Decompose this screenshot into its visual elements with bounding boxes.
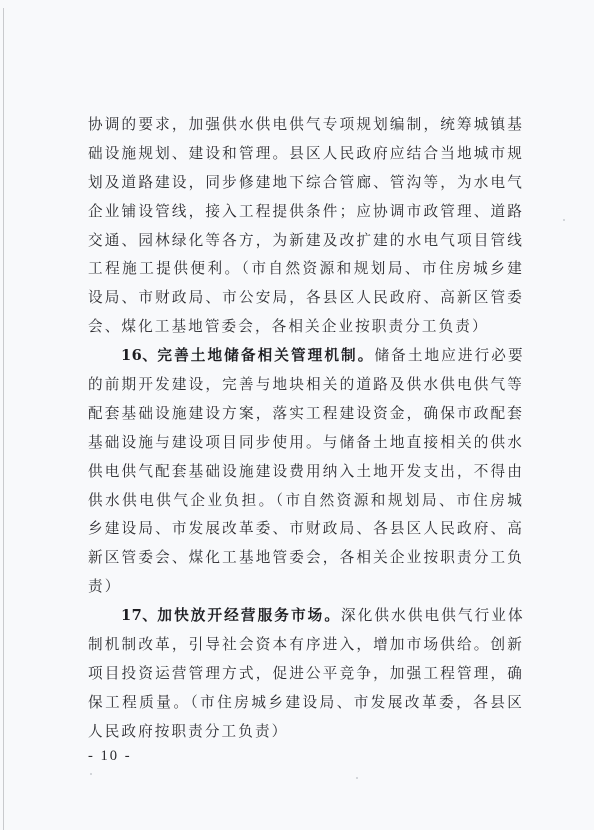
text-line: 供电供气配套基础设施建设费用纳入土地开发支出，不得由 <box>88 458 524 487</box>
section-title: 完善土地储备相关管理机制。 <box>157 347 374 364</box>
paragraph-16: 16、完善土地储备相关管理机制。储备土地应进行必要 的前期开发建设，完善与地块相… <box>88 342 524 602</box>
text-line: 划及道路建设，同步修建地下综合管廊、管沟等，为水电气 <box>88 169 524 198</box>
page-number: - 10 - <box>88 748 132 765</box>
text-line: 人民政府按职责分工负责） <box>88 718 524 747</box>
text-line: 乡建设局、市发展改革委、市财政局、各县区人民政府、高 <box>88 515 524 544</box>
text-line: 工程施工提供便利。（市自然资源和规划局、市住房城乡建 <box>88 255 524 284</box>
text-line: 协调的要求，加强供水供电供气专项规划编制，统筹城镇基 <box>88 111 524 140</box>
section-number: 17、 <box>121 607 157 624</box>
text-line: 项目投资运营管理方式，促进公平竞争，加强工程管理，确 <box>88 660 524 689</box>
paragraph-first-line: 16、完善土地储备相关管理机制。储备土地应进行必要 <box>88 342 524 371</box>
text-line: 基础设施与建设项目同步使用。与储备土地直接相关的供水 <box>88 429 524 458</box>
text-line: 础设施规划、建设和管理。县区人民政府应结合当地城市规 <box>88 140 524 169</box>
paragraph-17: 17、加快放开经营服务市场。深化供水供电供气行业体 制机制改革，引导社会资本有序… <box>88 602 524 746</box>
text-line: 供水供电供气企业负担。（市自然资源和规划局、市住房城 <box>88 487 524 516</box>
text-line: 责） <box>88 573 524 602</box>
paragraph-first-line: 17、加快放开经营服务市场。深化供水供电供气行业体 <box>88 602 524 631</box>
text-line: 制机制改革，引导社会资本有序进入，增加市场供给。创新 <box>88 631 524 660</box>
text-line: 的前期开发建设，完善与地块相关的道路及供水供电供气等 <box>88 371 524 400</box>
document-body: 协调的要求，加强供水供电供气专项规划编制，统筹城镇基 础设施规划、建设和管理。县… <box>88 111 524 747</box>
text-run: 深化供水供电供气行业体 <box>341 607 525 624</box>
text-line: 保工程质量。（市住房城乡建设局、市发展改革委，各县区 <box>88 689 524 718</box>
paragraph-15-continuation: 协调的要求，加强供水供电供气专项规划编制，统筹城镇基 础设施规划、建设和管理。县… <box>88 111 524 342</box>
section-heading: 17、加快放开经营服务市场。 <box>121 607 341 624</box>
text-line: 新区管委会、煤化工基地管委会，各相关企业按职责分工负 <box>88 544 524 573</box>
text-line: 交通、园林绿化等各方，为新建及改扩建的水电气项目管线 <box>88 227 524 256</box>
text-line: 企业铺设管线，接入工程提供条件；应协调市政管理、道路 <box>88 198 524 227</box>
scan-speck <box>563 219 565 221</box>
text-line: 设局、市财政局、市公安局，各县区人民政府、高新区管委 <box>88 284 524 313</box>
section-title: 加快放开经营服务市场。 <box>157 607 341 624</box>
section-heading: 16、完善土地储备相关管理机制。 <box>121 347 374 364</box>
scan-edge-line <box>3 8 4 830</box>
text-line: 配套基础设施建设方案，落实工程建设资金，确保市政配套 <box>88 400 524 429</box>
scan-speck <box>356 777 358 779</box>
section-number: 16、 <box>121 347 157 364</box>
text-line: 会、煤化工基地管委会，各相关企业按职责分工负责） <box>88 313 524 342</box>
text-run: 储备土地应进行必要 <box>374 347 524 364</box>
scan-speck <box>90 773 92 775</box>
